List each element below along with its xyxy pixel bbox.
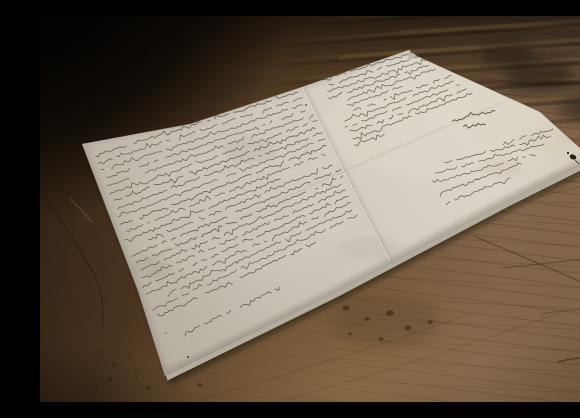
photograph-of-manuscript: A two-page handwritten manuscript letter…	[40, 16, 580, 402]
manuscript-layer	[40, 16, 580, 402]
